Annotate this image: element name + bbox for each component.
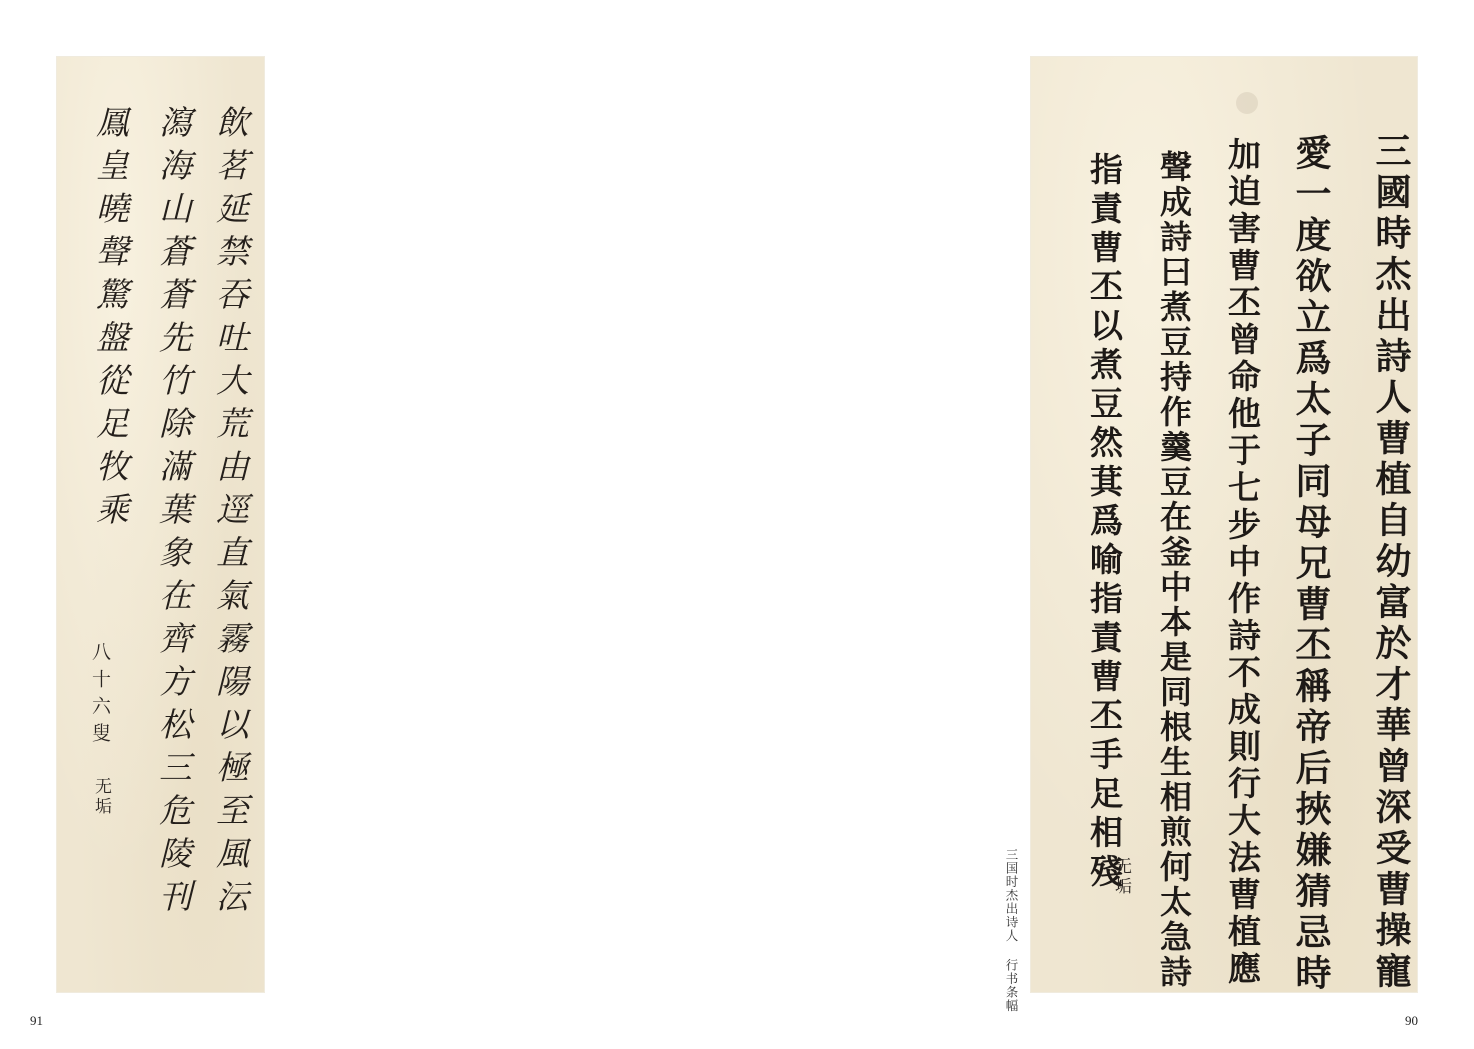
right-scroll-column-2: 愛一度欲立爲太子同母兄曹丕稱帝后挾嫌猜忌時 xyxy=(1286,134,1337,995)
left-scroll-column-1: 飲茗延禁吞吐大荒由逕直氣霧陽以極至風沄 xyxy=(207,105,254,922)
left-scroll-signature: 无垢 xyxy=(89,777,114,817)
artwork-caption: 三国时杰出诗人行书条幅 xyxy=(1002,848,1020,1013)
faint-seal-mark xyxy=(1236,92,1258,114)
right-scroll-column-4: 聲成詩曰煮豆持作羹豆在釜中本是同根生相煎何太急詩 xyxy=(1151,150,1197,990)
page-number-right: 90 xyxy=(1405,1013,1418,1029)
right-scroll-column-3: 加迫害曹丕曾命他于七步中作詩不成則行大法曹植應 xyxy=(1219,137,1266,988)
left-calligraphy-scroll: 飲茗延禁吞吐大荒由逕直氣霧陽以極至風沄 瀉海山蒼蒼先竹除滿葉象在齊方松三危陵刊 … xyxy=(57,57,264,992)
right-scroll-signature: 无垢 xyxy=(1109,857,1134,897)
left-scroll-column-2: 瀉海山蒼蒼先竹除滿葉象在齊方松三危陵刊 xyxy=(150,105,197,922)
right-scroll-column-1: 三國時杰出詩人曹植自幼富於才華曾深受曹操寵 xyxy=(1366,132,1417,993)
caption-title: 三国时杰出诗人 xyxy=(1004,848,1019,943)
caption-format: 行书条幅 xyxy=(1004,959,1019,1013)
left-scroll-column-3: 鳳皇曉聲驚盤從足牧乘 xyxy=(87,105,134,535)
right-calligraphy-scroll: 三國時杰出詩人曹植自幼富於才華曾深受曹操寵 愛一度欲立爲太子同母兄曹丕稱帝后挾嫌… xyxy=(1031,57,1417,992)
right-scroll-column-5: 指責曹丕以煮豆然萁爲喻指責曹丕手足相殘 xyxy=(1081,152,1128,893)
left-scroll-inscription: 八十六叟 xyxy=(87,642,114,750)
page-number-left: 91 xyxy=(30,1013,43,1029)
